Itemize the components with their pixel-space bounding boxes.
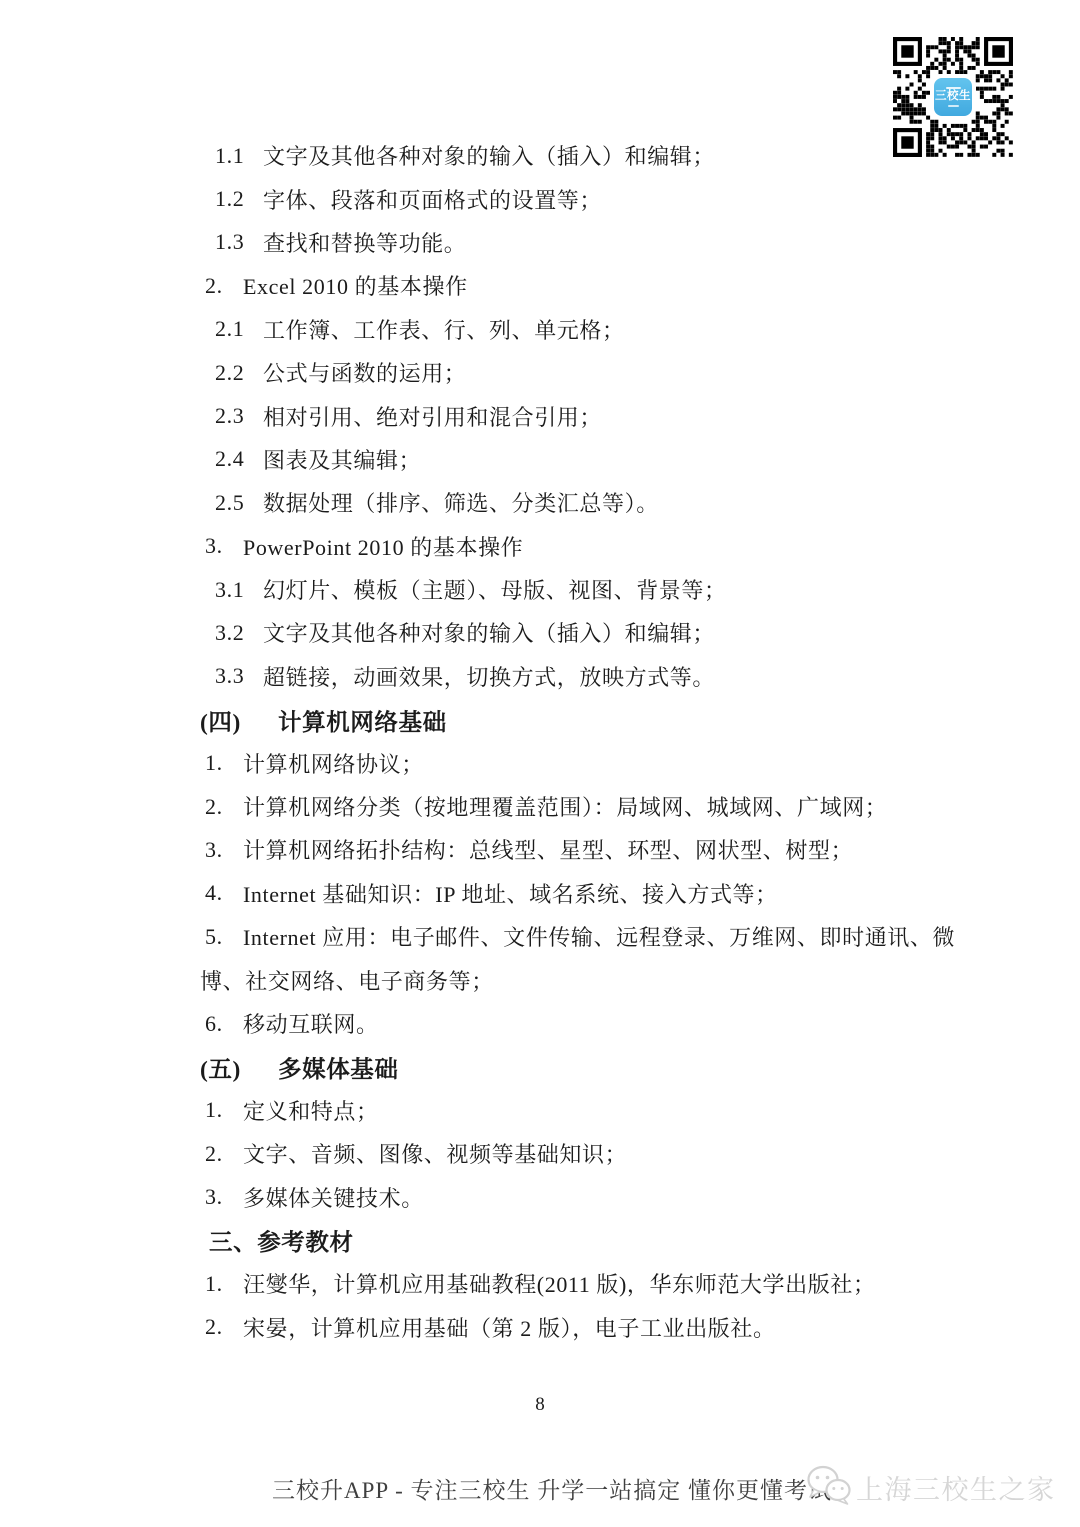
- line-marker: 1.: [205, 1271, 243, 1297]
- line-marker: 2.: [205, 794, 243, 820]
- document-line: 1.计算机网络协议；: [0, 741, 1080, 784]
- document-line: 2.1工作簿、工作表、行、列、单元格；: [0, 308, 1080, 351]
- line-text: 计算机网络协议；: [243, 748, 424, 779]
- line-marker: 3.2: [215, 620, 263, 646]
- document-line: 3.3超链接，动画效果，切换方式，放映方式等。: [0, 655, 1080, 698]
- line-text: 计算机网络拓扑结构：总线型、星型、环型、网状型、树型；: [243, 834, 853, 865]
- qr-badge-decoration: [948, 105, 959, 107]
- line-text: 计算机网络分类（按地理覆盖范围）：局域网、城域网、广域网；: [243, 791, 887, 822]
- line-text: 图表及其编辑；: [263, 444, 421, 475]
- document-lines: 1.1文字及其他各种对象的输入（插入）和编辑；1.2字体、段落和页面格式的设置等…: [0, 134, 1080, 1349]
- line-text: 超链接，动画效果，切换方式，放映方式等。: [263, 661, 715, 692]
- line-marker: (五): [200, 1050, 278, 1084]
- qr-center-badge: 三校生: [934, 78, 972, 116]
- document-line: 2.宋晏，计算机应用基础（第 2 版），电子工业出版社。: [0, 1306, 1080, 1349]
- line-marker: 3.: [205, 837, 243, 863]
- line-text: Excel 2010 的基本操作: [243, 270, 468, 301]
- line-marker: 2.: [205, 1314, 243, 1340]
- document-line: 1.定义和特点；: [0, 1089, 1080, 1132]
- document-line: 博、社交网络、电子商务等；: [0, 958, 1080, 1001]
- document-line: 5.Internet 应用：电子邮件、文件传输、远程登录、万维网、即时通讯、微: [0, 915, 1080, 958]
- line-marker: 2.1: [215, 316, 263, 342]
- document-line: 4.Internet 基础知识：IP 地址、域名系统、接入方式等；: [0, 872, 1080, 915]
- line-text: 相对引用、绝对引用和混合引用；: [263, 401, 602, 432]
- document-line: 1.1文字及其他各种对象的输入（插入）和编辑；: [0, 134, 1080, 177]
- line-marker: 1.3: [215, 229, 263, 255]
- document-line: 6.移动互联网。: [0, 1002, 1080, 1045]
- document-line: 3.2文字及其他各种对象的输入（插入）和编辑；: [0, 611, 1080, 654]
- line-text: 文字、音频、图像、视频等基础知识；: [243, 1138, 627, 1169]
- page-number: 8: [0, 1394, 1080, 1416]
- document-line: 2.5数据处理（排序、筛选、分类汇总等）。: [0, 481, 1080, 524]
- line-marker: 2.: [205, 1141, 243, 1167]
- document-line: 3.计算机网络拓扑结构：总线型、星型、环型、网状型、树型；: [0, 828, 1080, 871]
- footer-brand-text: 上海三校生之家: [856, 1468, 1056, 1507]
- line-marker: 2.4: [215, 446, 263, 472]
- document-line: 2.3相对引用、绝对引用和混合引用；: [0, 394, 1080, 437]
- line-text: 公式与函数的运用；: [263, 357, 466, 388]
- document-line: 3.多媒体关键技术。: [0, 1175, 1080, 1218]
- footer-tagline: 三校升APP - 专注三校生 升学一站搞定 懂你更懂考试: [272, 1472, 832, 1505]
- page-footer: 三校升APP - 专注三校生 升学一站搞定 懂你更懂考试 上海三校生之家: [0, 1464, 1080, 1510]
- section-heading: (五)多媒体基础: [0, 1045, 1080, 1088]
- document-line: 1.汪燮华，计算机应用基础教程(2011 版)，华东师范大学出版社；: [0, 1262, 1080, 1305]
- line-text: 移动互联网。: [243, 1008, 379, 1039]
- footer-brand-watermark: 上海三校生之家: [806, 1464, 1056, 1510]
- line-marker: 三、: [209, 1223, 257, 1257]
- line-marker: 1.1: [215, 143, 263, 169]
- line-text: Internet 应用：电子邮件、文件传输、远程登录、万维网、即时通讯、微: [243, 921, 955, 952]
- section-heading: 三、参考教材: [0, 1219, 1080, 1262]
- document-line: 3.PowerPoint 2010 的基本操作: [0, 525, 1080, 568]
- line-marker: 4.: [205, 880, 243, 906]
- line-marker: 3.3: [215, 663, 263, 689]
- line-marker: 2.: [205, 273, 243, 299]
- line-text: 字体、段落和页面格式的设置等；: [263, 184, 602, 215]
- line-text: 文字及其他各种对象的输入（插入）和编辑；: [263, 617, 715, 648]
- document-line: 2.2公式与函数的运用；: [0, 351, 1080, 394]
- document-page: 三校生 1.1文字及其他各种对象的输入（插入）和编辑；1.2字体、段落和页面格式…: [0, 0, 1080, 1527]
- document-line: 1.3查找和替换等功能。: [0, 221, 1080, 264]
- line-marker: 6.: [205, 1011, 243, 1037]
- line-text: Internet 基础知识：IP 地址、域名系统、接入方式等；: [243, 878, 778, 909]
- line-marker: 3.1: [215, 577, 263, 603]
- document-line: 2.Excel 2010 的基本操作: [0, 264, 1080, 307]
- line-text: PowerPoint 2010 的基本操作: [243, 531, 523, 562]
- line-text: 计算机网络基础: [278, 703, 447, 737]
- line-text: 数据处理（排序、筛选、分类汇总等）。: [263, 487, 659, 518]
- line-marker: 3.: [205, 533, 243, 559]
- document-line: 2.文字、音频、图像、视频等基础知识；: [0, 1132, 1080, 1175]
- line-text: 定义和特点；: [243, 1095, 379, 1126]
- qr-badge-label: 三校生: [935, 91, 971, 103]
- section-heading: (四)计算机网络基础: [0, 698, 1080, 741]
- line-text: 多媒体基础: [278, 1050, 399, 1084]
- line-text: 参考教材: [257, 1223, 353, 1257]
- wechat-icon: [806, 1464, 852, 1511]
- qr-badge-decoration: [946, 87, 961, 90]
- line-text: 宋晏，计算机应用基础（第 2 版），电子工业出版社。: [243, 1312, 776, 1343]
- line-text: 汪燮华，计算机应用基础教程(2011 版)，华东师范大学出版社；: [243, 1268, 876, 1299]
- document-line: 3.1幻灯片、模板（主题）、母版、视图、背景等；: [0, 568, 1080, 611]
- line-text: 工作簿、工作表、行、列、单元格；: [263, 314, 625, 345]
- line-marker: (四): [200, 703, 278, 737]
- line-marker: 1.: [205, 750, 243, 776]
- line-marker: 2.5: [215, 490, 263, 516]
- document-line: 2.计算机网络分类（按地理覆盖范围）：局域网、城域网、广域网；: [0, 785, 1080, 828]
- line-marker: 2.2: [215, 360, 263, 386]
- document-line: 2.4图表及其编辑；: [0, 438, 1080, 481]
- line-marker: 1.: [205, 1097, 243, 1123]
- document-line: 1.2字体、段落和页面格式的设置等；: [0, 177, 1080, 220]
- line-text: 博、社交网络、电子商务等；: [200, 965, 494, 996]
- line-text: 幻灯片、模板（主题）、母版、视图、背景等；: [263, 574, 727, 605]
- line-marker: 2.3: [215, 403, 263, 429]
- line-marker: 5.: [205, 924, 243, 950]
- line-text: 多媒体关键技术。: [243, 1182, 424, 1213]
- line-marker: 1.2: [215, 186, 263, 212]
- line-marker: 3.: [205, 1184, 243, 1210]
- line-text: 文字及其他各种对象的输入（插入）和编辑；: [263, 140, 715, 171]
- line-text: 查找和替换等功能。: [263, 227, 466, 258]
